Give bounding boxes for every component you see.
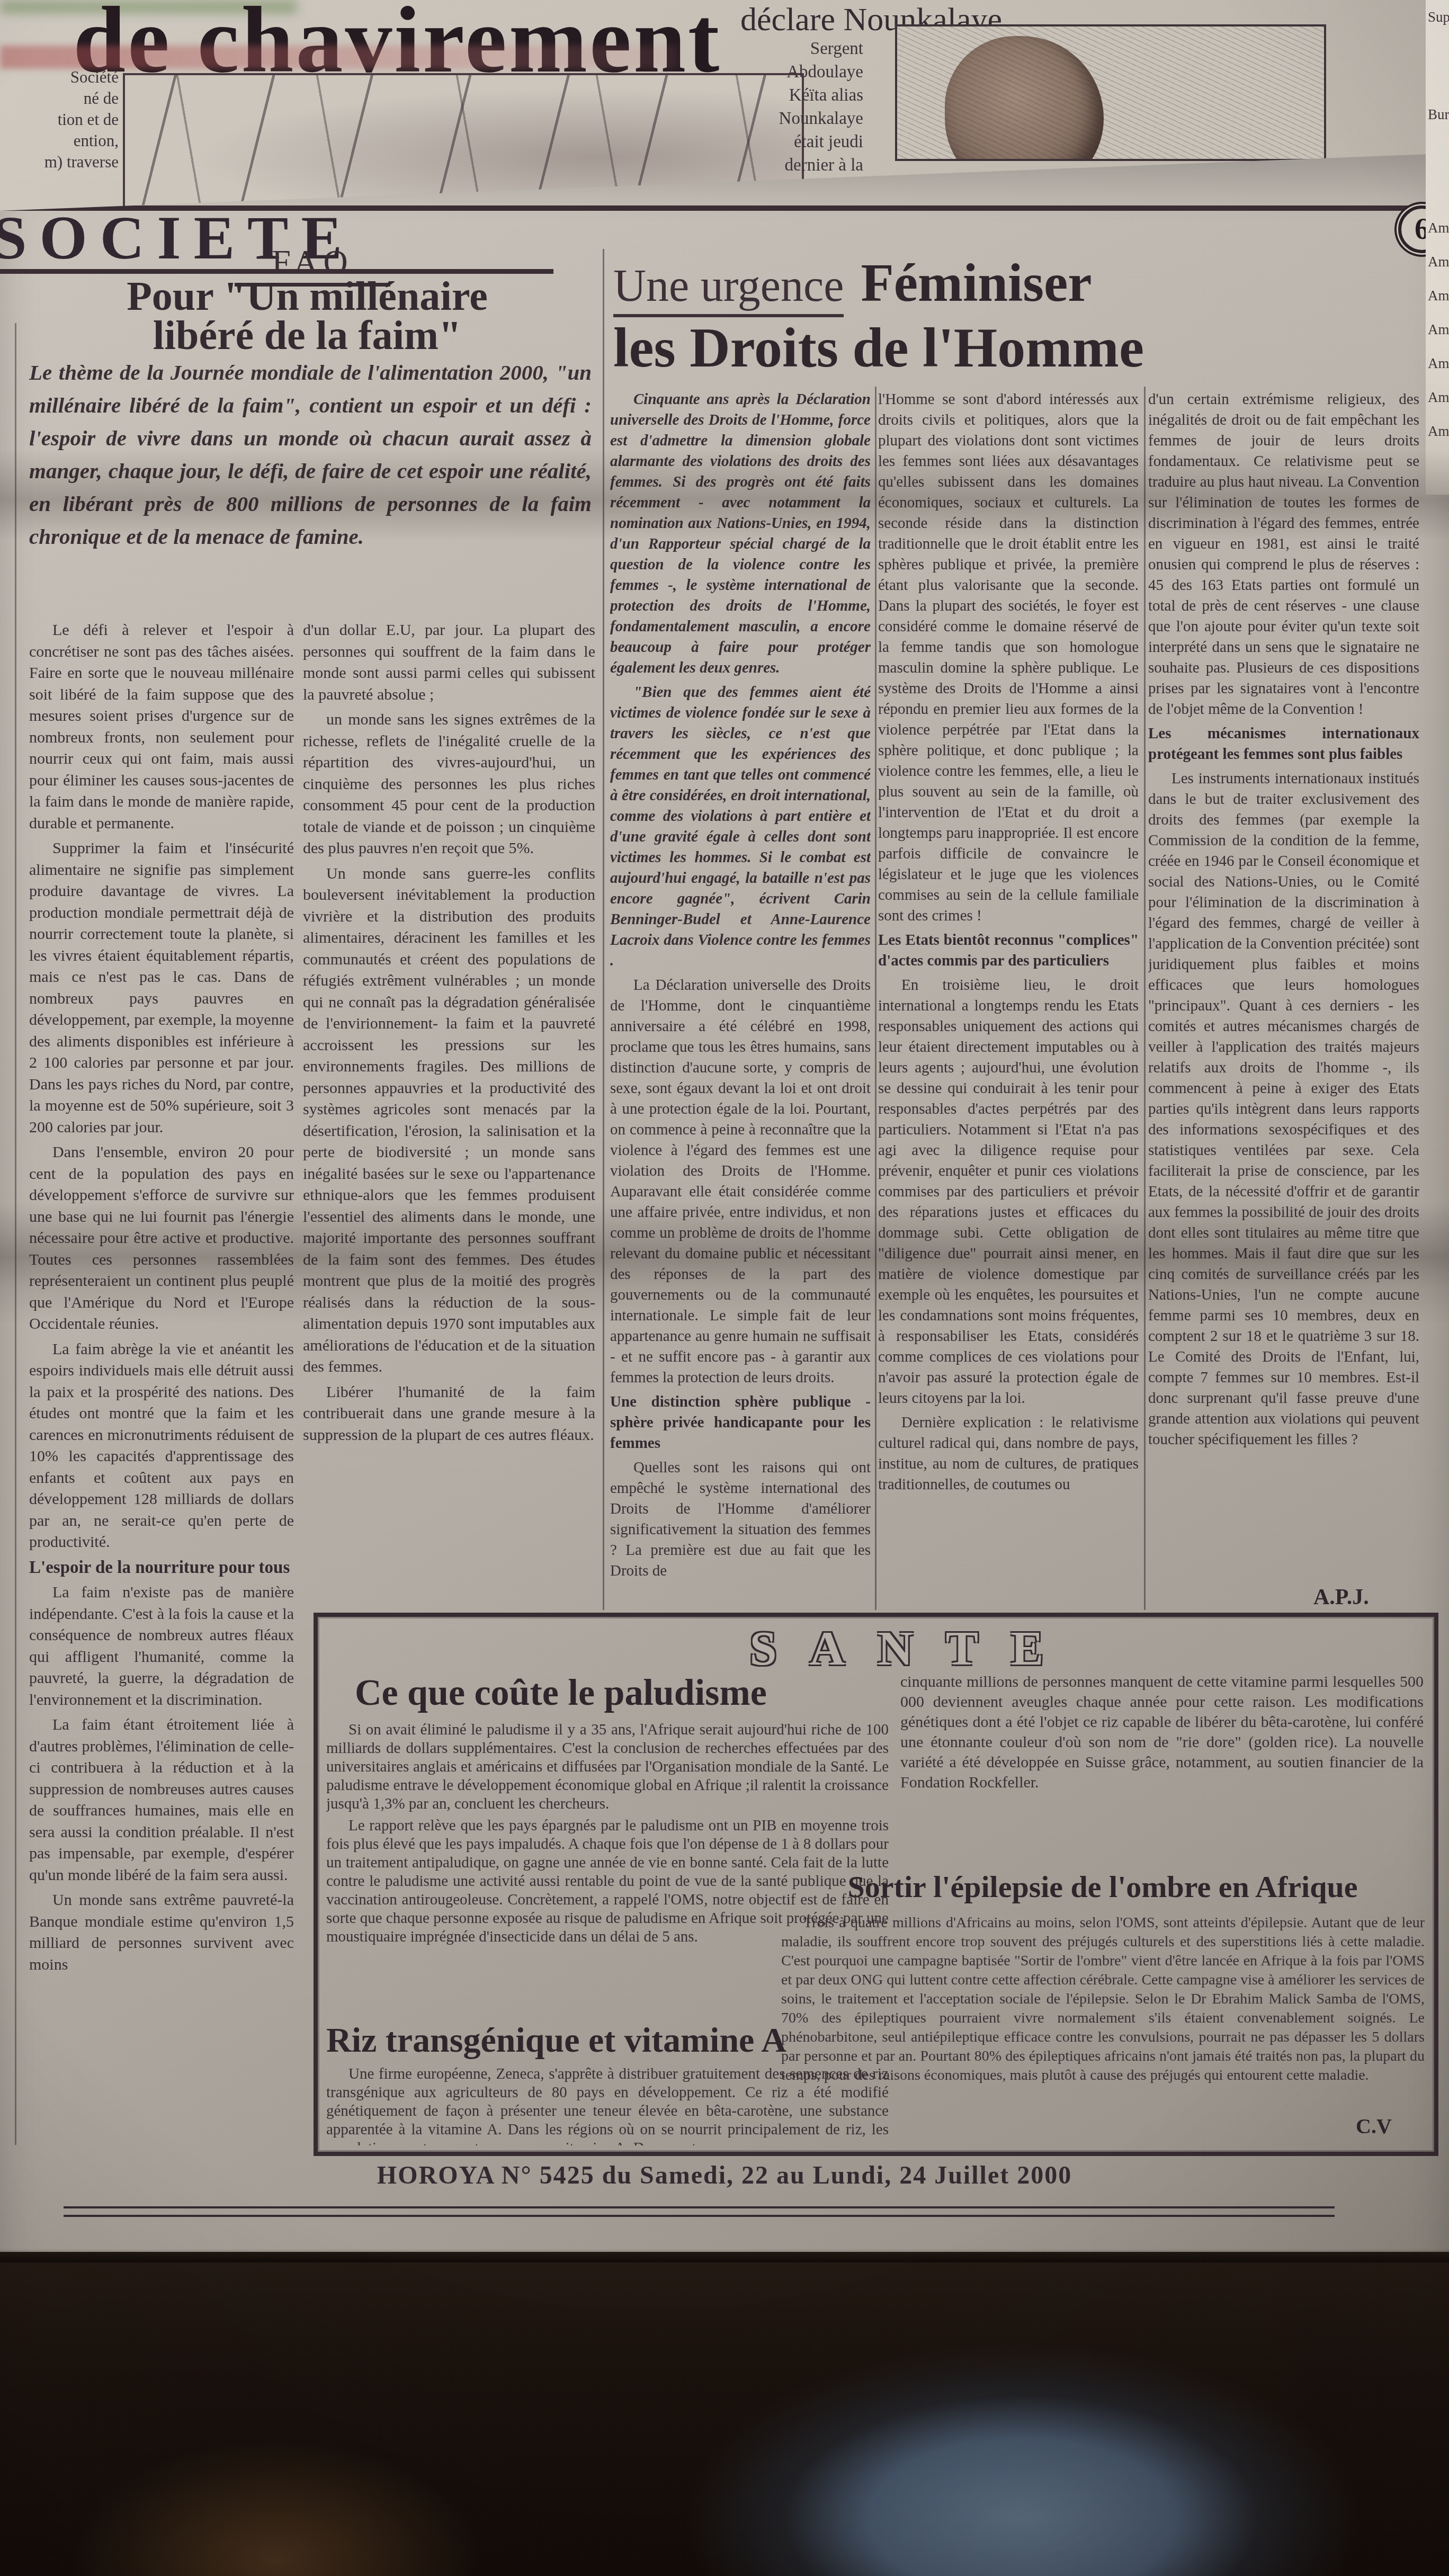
sante-right-top: cinquante millions de personnes manquent… [900,1672,1424,1847]
fao-headline-line2: libéré de la faim" [153,312,462,358]
portrait-sketch [895,24,1326,161]
urgence-kicker: Une urgence [613,259,844,317]
page-footer: HOROYA N° 5425 du Samedi, 22 au Lundi, 2… [0,2161,1449,2190]
column-divider [603,249,604,1610]
paragraph: En troisième lieu, le droit internationa… [878,975,1139,1409]
paragraph: La faim n'existe pas de manière indépend… [29,1582,294,1711]
portrait-caption: Sergent Abdoulaye Kéïta alias Nounkalaye… [740,37,863,177]
edge-text-fragment: Burea [1426,97,1449,131]
caption-line: Sergent [810,39,863,58]
caption-line: Nounkalaye [779,109,863,128]
urgence-column-b: l'Homme se sont d'abord intéressés aux d… [878,389,1139,1612]
epilepsie-headline: Sortir l'épilepsie de l'ombre en Afrique [780,1869,1426,1904]
paludisme-headline: Ce que coûte le paludisme [355,1672,884,1714]
caption-line: Société [70,68,119,86]
urgence-column-a: Cinquante ans après la Déclaration unive… [610,389,871,1612]
paragraph: Le défi à relever et l'espoir à concréti… [29,620,294,834]
paragraph: La Déclaration universelle des Droits de… [610,975,871,1388]
epilepsie-signature: C.V [1356,2114,1392,2139]
urgence-subhead-a: Une distinction sphère publique - sphère… [610,1392,871,1454]
paragraph: Un monde sans extrême pauvreté-la Banque… [29,1890,294,1975]
paragraph: Dernière explication : le relativisme cu… [878,1412,1139,1495]
portrait-hatching [897,26,1324,159]
sante-box: SANTE Ce que coûte le paludisme Si on av… [314,1613,1438,2156]
caption-line: ention, [74,131,119,150]
fao-headline: Pour "Un millénaire libéré de la faim" [21,276,593,355]
urgence-subhead-c: Les mécanismes internationaux protégeant… [1148,723,1419,765]
edge-text-fragment: Amba [1426,245,1449,279]
column-divider [875,387,876,1610]
paragraph: La faim abrège la vie et anéantit les es… [29,1339,294,1553]
caption-line: tion et de [58,110,119,129]
paragraph: Les instruments internationaux institués… [1148,768,1419,1450]
edge-text-fragment: Amba [1426,380,1449,414]
paragraph: un monde sans les signes extrêmes de la … [303,709,595,860]
paragraph: d'un certain extrémisme religieux, des i… [1148,389,1419,720]
caption-line: né de [84,89,119,108]
photo-background-jeans [0,2252,1449,2576]
paragraph: Cinquante ans après la Déclaration unive… [610,389,871,678]
paragraph: Un monde sans guerre-les conflits boulev… [303,863,595,1378]
fao-column-1: Le défi à relever et l'espoir à concréti… [29,620,294,2187]
caption-line: était jeudi [794,132,863,151]
column-divider [1144,387,1146,1610]
urgence-column-c: d'un certain extrémisme religieux, des i… [1148,389,1419,1581]
photo-of-newspaper: SOCIETE 6 FAO Pour "Un millénaire libéré… [0,0,1449,2576]
urgence-headline-line1: Une urgence Féminiser [613,252,1429,317]
caption-line: m) traverse [44,153,119,171]
edge-text-fragment: Supe [1426,0,1449,34]
caption-line: dernier à la [785,156,863,175]
edge-text-fragment: Amba [1426,414,1449,448]
urgence-subhead-b: Les Etats bientôt reconnus "complices" d… [878,930,1139,971]
fao-intro: Le thème de la Journée mondiale de l'ali… [29,356,592,553]
fao-subhead: L'espoir de la nourriture pour tous [29,1557,294,1579]
page-left-rule [15,323,16,2145]
paragraph: d'un dollar E.U, par jour. La plupart de… [303,620,595,705]
epilepsie-body: Trois à quatre millions d'Africains au m… [781,1913,1425,2115]
caption-line: Abdoulaye [786,62,863,82]
paragraph: Libérer l'humanité de la faim contribuer… [303,1382,595,1446]
paper-bottom-edge-shadow [0,2249,1449,2262]
caption-line: Kéïta alias [789,86,863,105]
edge-text-fragment: Amba [1426,346,1449,380]
backpage-left-caption: Société né de tion et de ention, m) trav… [3,67,119,173]
edge-text-fragment: Amba [1426,211,1449,245]
urgence-headline-line2: les Droits de l'Homme [613,316,1429,380]
edge-text-fragment: Amba [1426,312,1449,346]
adjacent-page-edge: Supe Burea Amba Amba Amba Amba Amba Amba… [1426,0,1449,495]
urgence-signature: A.P.J. [1313,1585,1369,1610]
edge-text-fragment: Amba [1426,279,1449,312]
footer-rule [64,2206,1335,2217]
paragraph: l'Homme se sont d'abord intéressés aux d… [878,389,1139,926]
paragraph: Quelles sont les raisons qui ont empêché… [610,1457,871,1581]
paragraph: Supprimer la faim et l'insécurité alimen… [29,838,294,1138]
fao-column-2: d'un dollar E.U, par jour. La plupart de… [303,620,595,1609]
paragraph: Dans l'ensemble, environ 20 pour cent de… [29,1142,294,1335]
paragraph: Si on avait éliminé le paludisme il y a … [326,1721,889,1813]
urgence-headline-word: Féminiser [861,252,1092,314]
paragraph: "Bien que des femmes aient été victimes … [610,682,871,971]
sante-banner: SANTE [318,1620,1438,1676]
paragraph: La faim étant étroitement liée à d'autre… [29,1714,294,1886]
newspaper-page-societe: SOCIETE 6 FAO Pour "Un millénaire libéré… [0,148,1449,2261]
ink-bleed-band [0,46,678,69]
